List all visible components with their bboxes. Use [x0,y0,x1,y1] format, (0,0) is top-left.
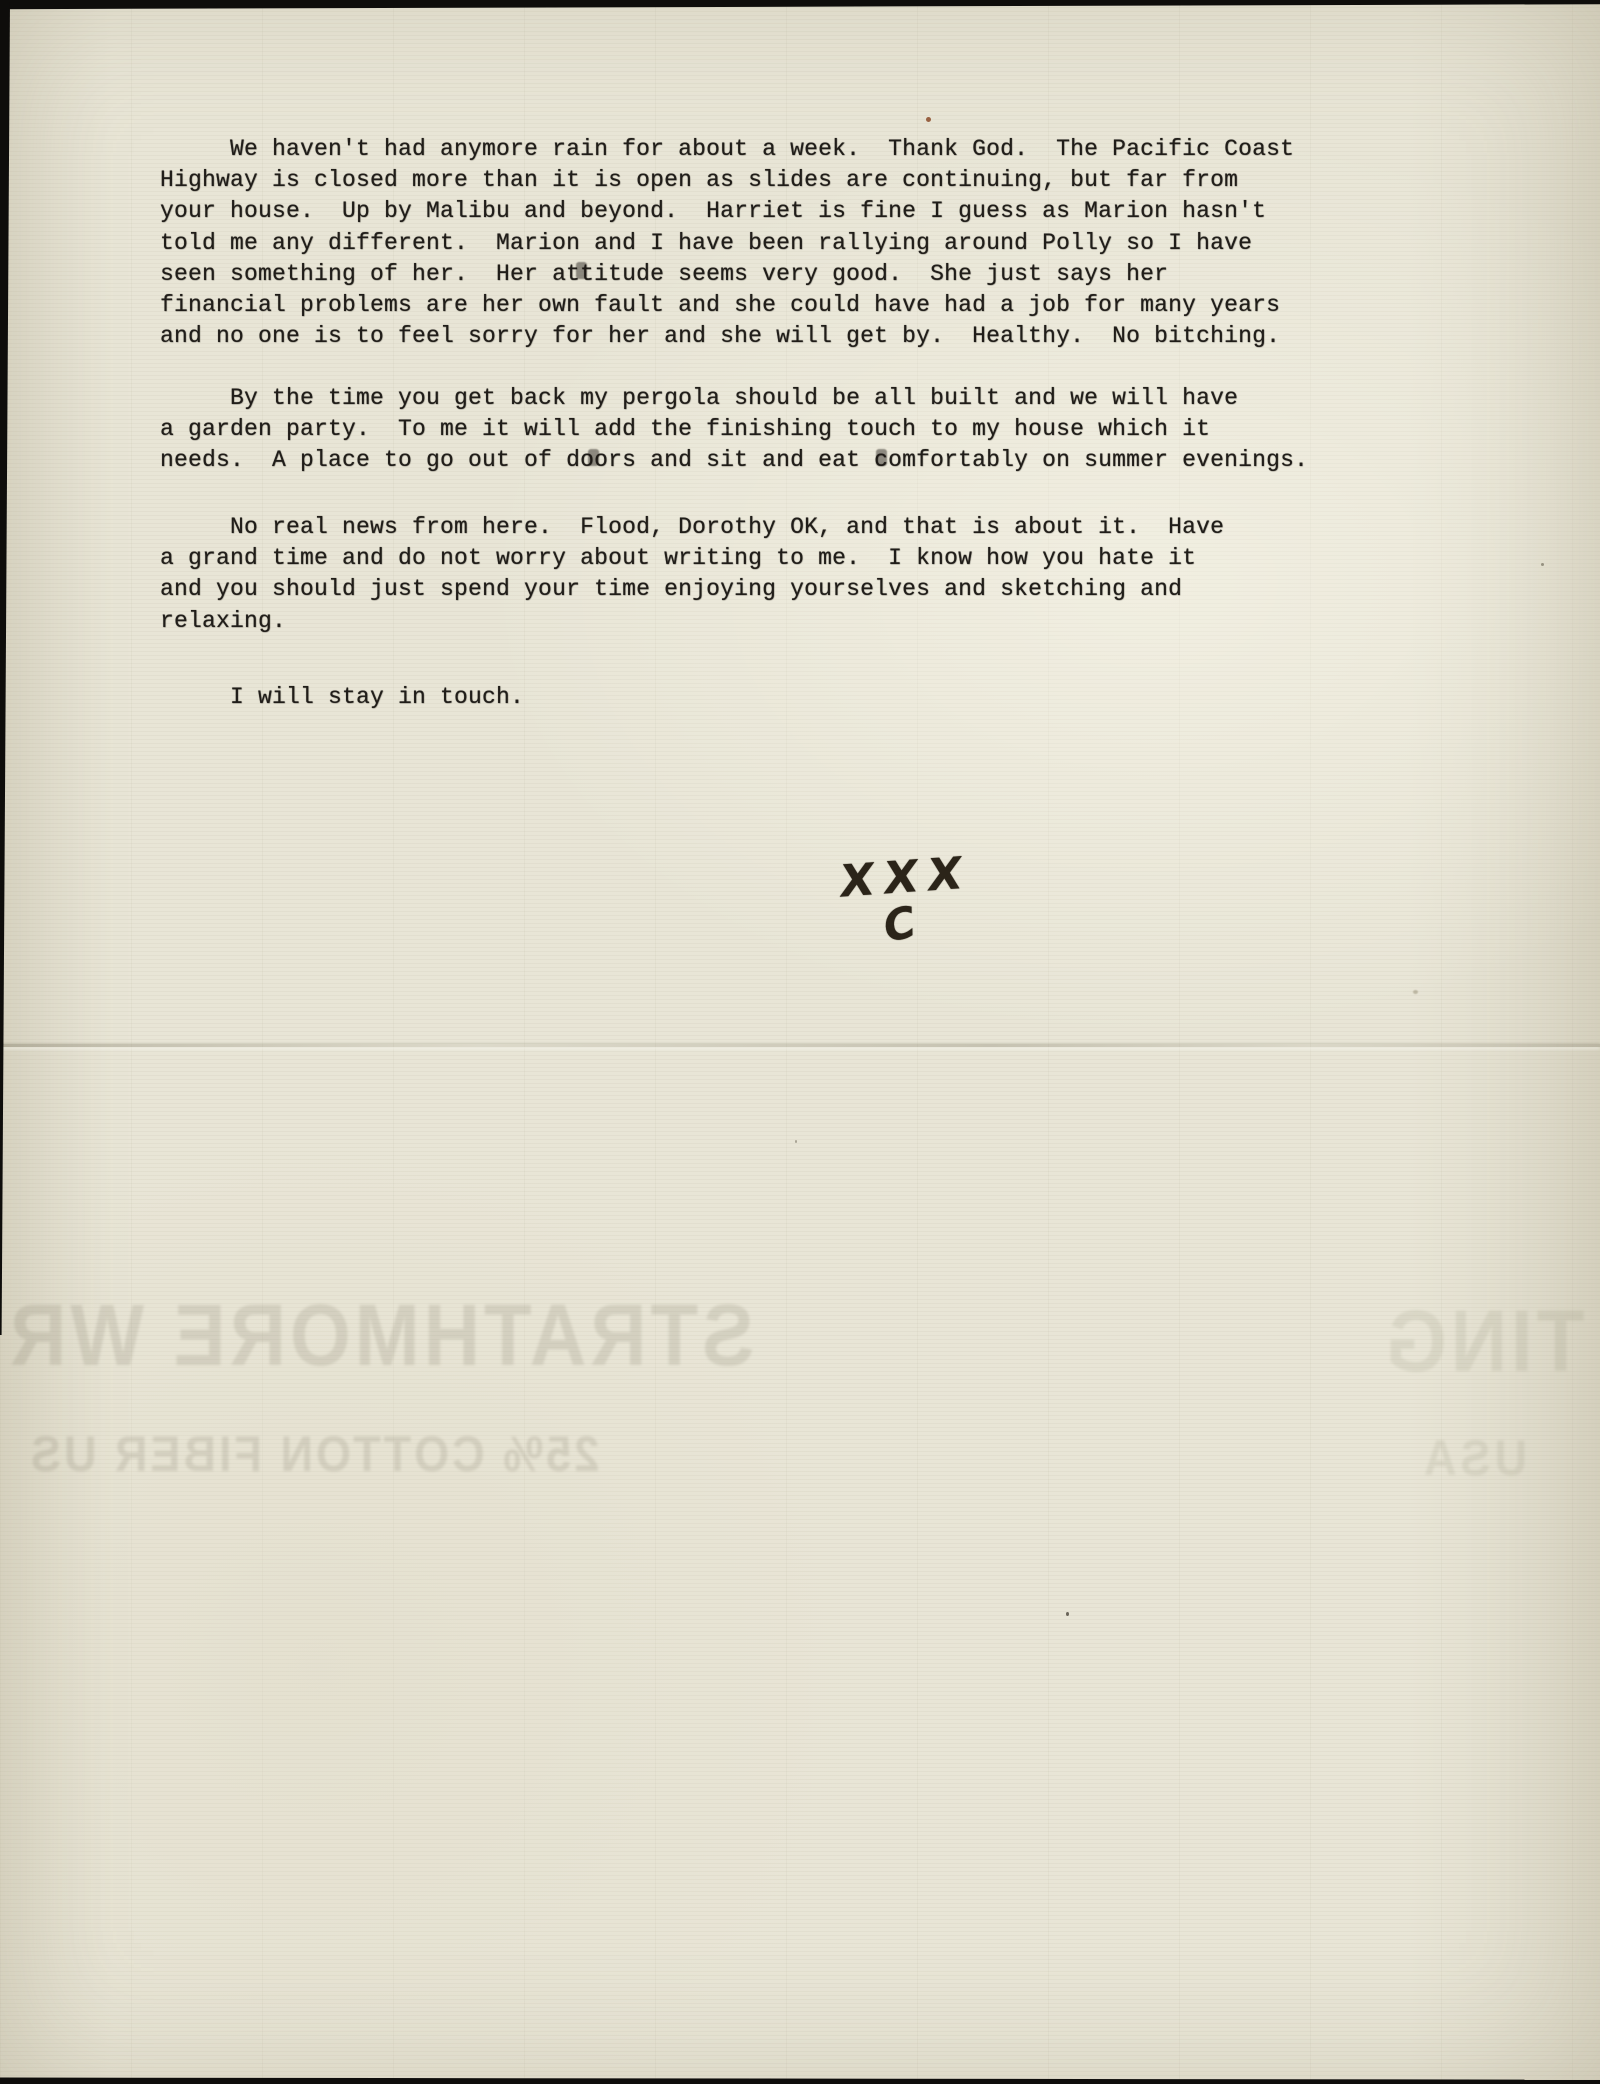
paper-brand-showthrough-fragment-bottom-right: USA [1420,1429,1527,1487]
paper-brand-showthrough-line1: STRATHMORE WR [6,1285,754,1387]
handwritten-initial: C [879,897,920,952]
scanned-letter-page: STRATHMORE WR 25% COTTON FIBER US TING U… [0,0,1600,2084]
ink-speck [795,1140,797,1143]
overstrike-mark [876,449,887,466]
ink-speck [1066,1612,1069,1616]
scan-edge-left [0,0,10,1335]
letter-paragraph-1: We haven't had anymore rain for about a … [160,134,1294,352]
rust-speck [926,117,931,122]
paper-brand-showthrough-fragment-top-right: TING [1382,1291,1584,1393]
letter-paragraph-2: By the time you get back my pergola shou… [160,383,1308,477]
fold-crease [0,1044,1600,1047]
overstrike-mark [576,262,587,279]
ink-speck [1541,563,1544,566]
letter-paragraph-3: No real news from here. Flood, Dorothy O… [160,512,1224,637]
paper-brand-showthrough-line2: 25% COTTON FIBER US [28,1425,599,1483]
paper-smudge [1413,990,1418,994]
scan-edge-bottom [0,2075,1600,2084]
overstrike-mark [588,449,599,466]
letter-closing-line: I will stay in touch. [160,682,524,713]
scan-edge-top [0,0,1600,10]
